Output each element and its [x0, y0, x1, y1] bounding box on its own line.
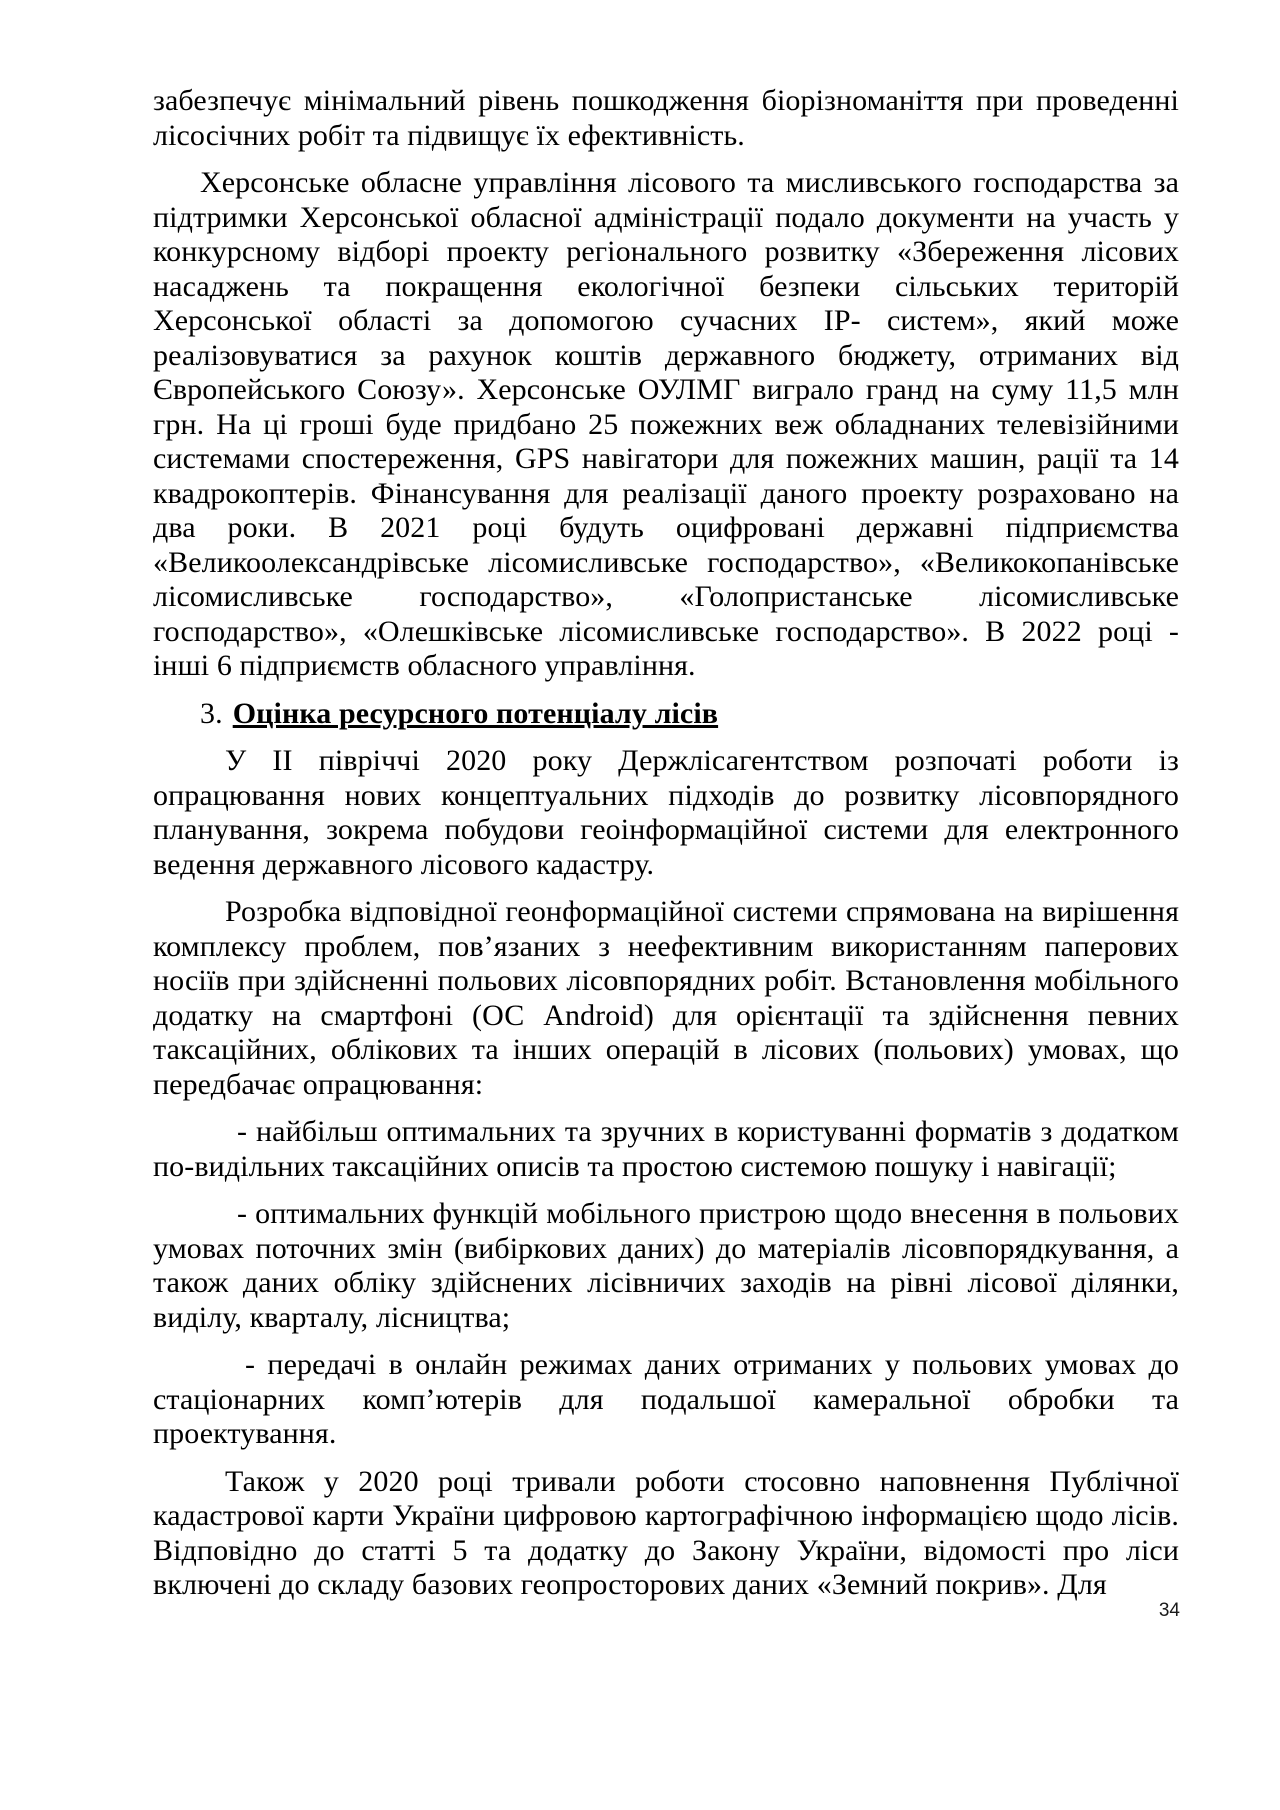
page-number: 34 [1159, 1600, 1180, 1622]
bullet-item-mobile-functions: - оптимальних функцій мобільного пристро… [153, 1197, 1179, 1335]
section-heading: 3.Оцінка ресурсного потенціалу лісів [153, 697, 1179, 732]
document-text-column: забезпечує мінімальний рівень пошкодженн… [153, 84, 1179, 1616]
bullet-item-formats: - найбільш оптимальних та зручних в кори… [153, 1115, 1179, 1184]
body-paragraph-geoinfo: Розробка відповідної геонформаційної сис… [153, 895, 1179, 1102]
section-title: Оцінка ресурсного потенціалу лісів [233, 697, 718, 730]
document-page: забезпечує мінімальний рівень пошкодженн… [0, 0, 1280, 1810]
section-number: 3. [200, 697, 223, 730]
body-paragraph-continued: забезпечує мінімальний рівень пошкодженн… [153, 84, 1179, 153]
body-paragraph-kherson: Херсонське обласне управління лісового т… [153, 166, 1179, 684]
body-paragraph-halfyear: У ІІ півріччі 2020 року Держлісагентство… [153, 744, 1179, 882]
body-paragraph-cadastre-map: Також у 2020 році тривали роботи стосовн… [153, 1465, 1179, 1603]
bullet-item-online-transfer: - передачі в онлайн режимах даних отрима… [153, 1348, 1179, 1452]
